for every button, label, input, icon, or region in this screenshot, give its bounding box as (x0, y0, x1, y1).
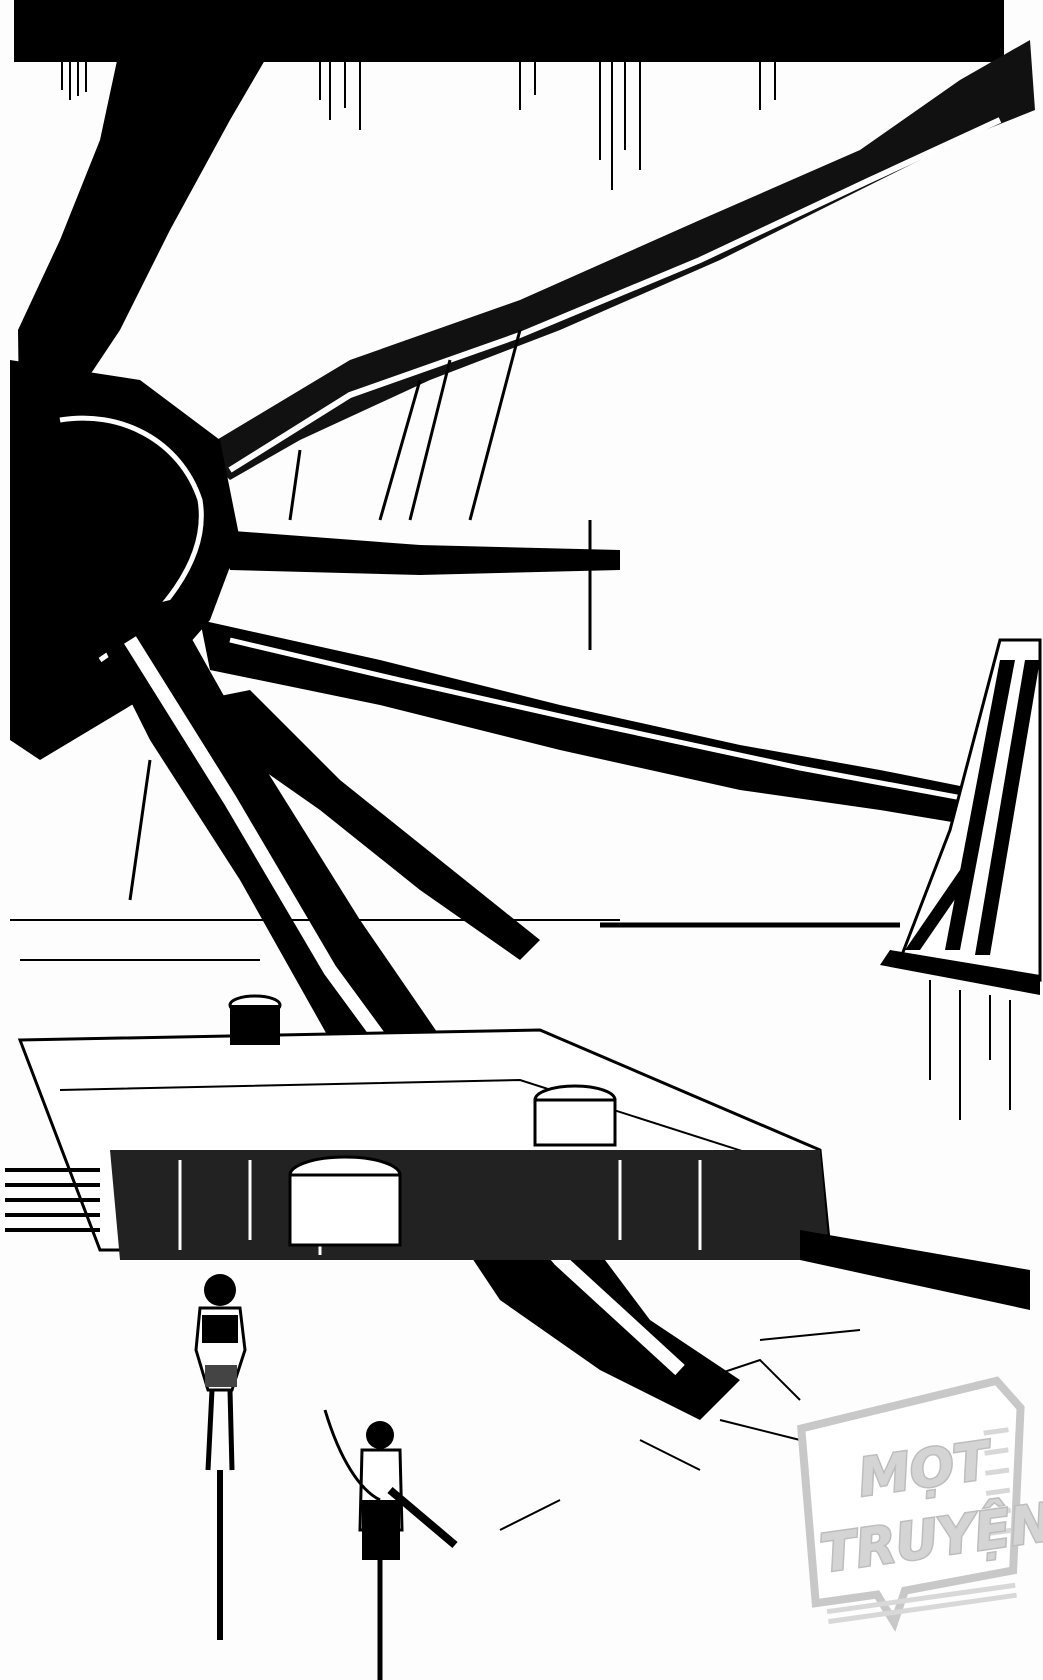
boy-with-sword-figure (325, 1410, 455, 1680)
courtyard-floor (10, 920, 900, 960)
watermark-logo: MỌT TRUYỆN (789, 1376, 1043, 1633)
manga-page: MỌT TRUYỆN (0, 0, 1043, 1680)
standing-girl-figure (196, 1274, 245, 1640)
manga-illustration: MỌT TRUYỆN (0, 0, 1043, 1680)
striped-structure (880, 640, 1040, 1120)
